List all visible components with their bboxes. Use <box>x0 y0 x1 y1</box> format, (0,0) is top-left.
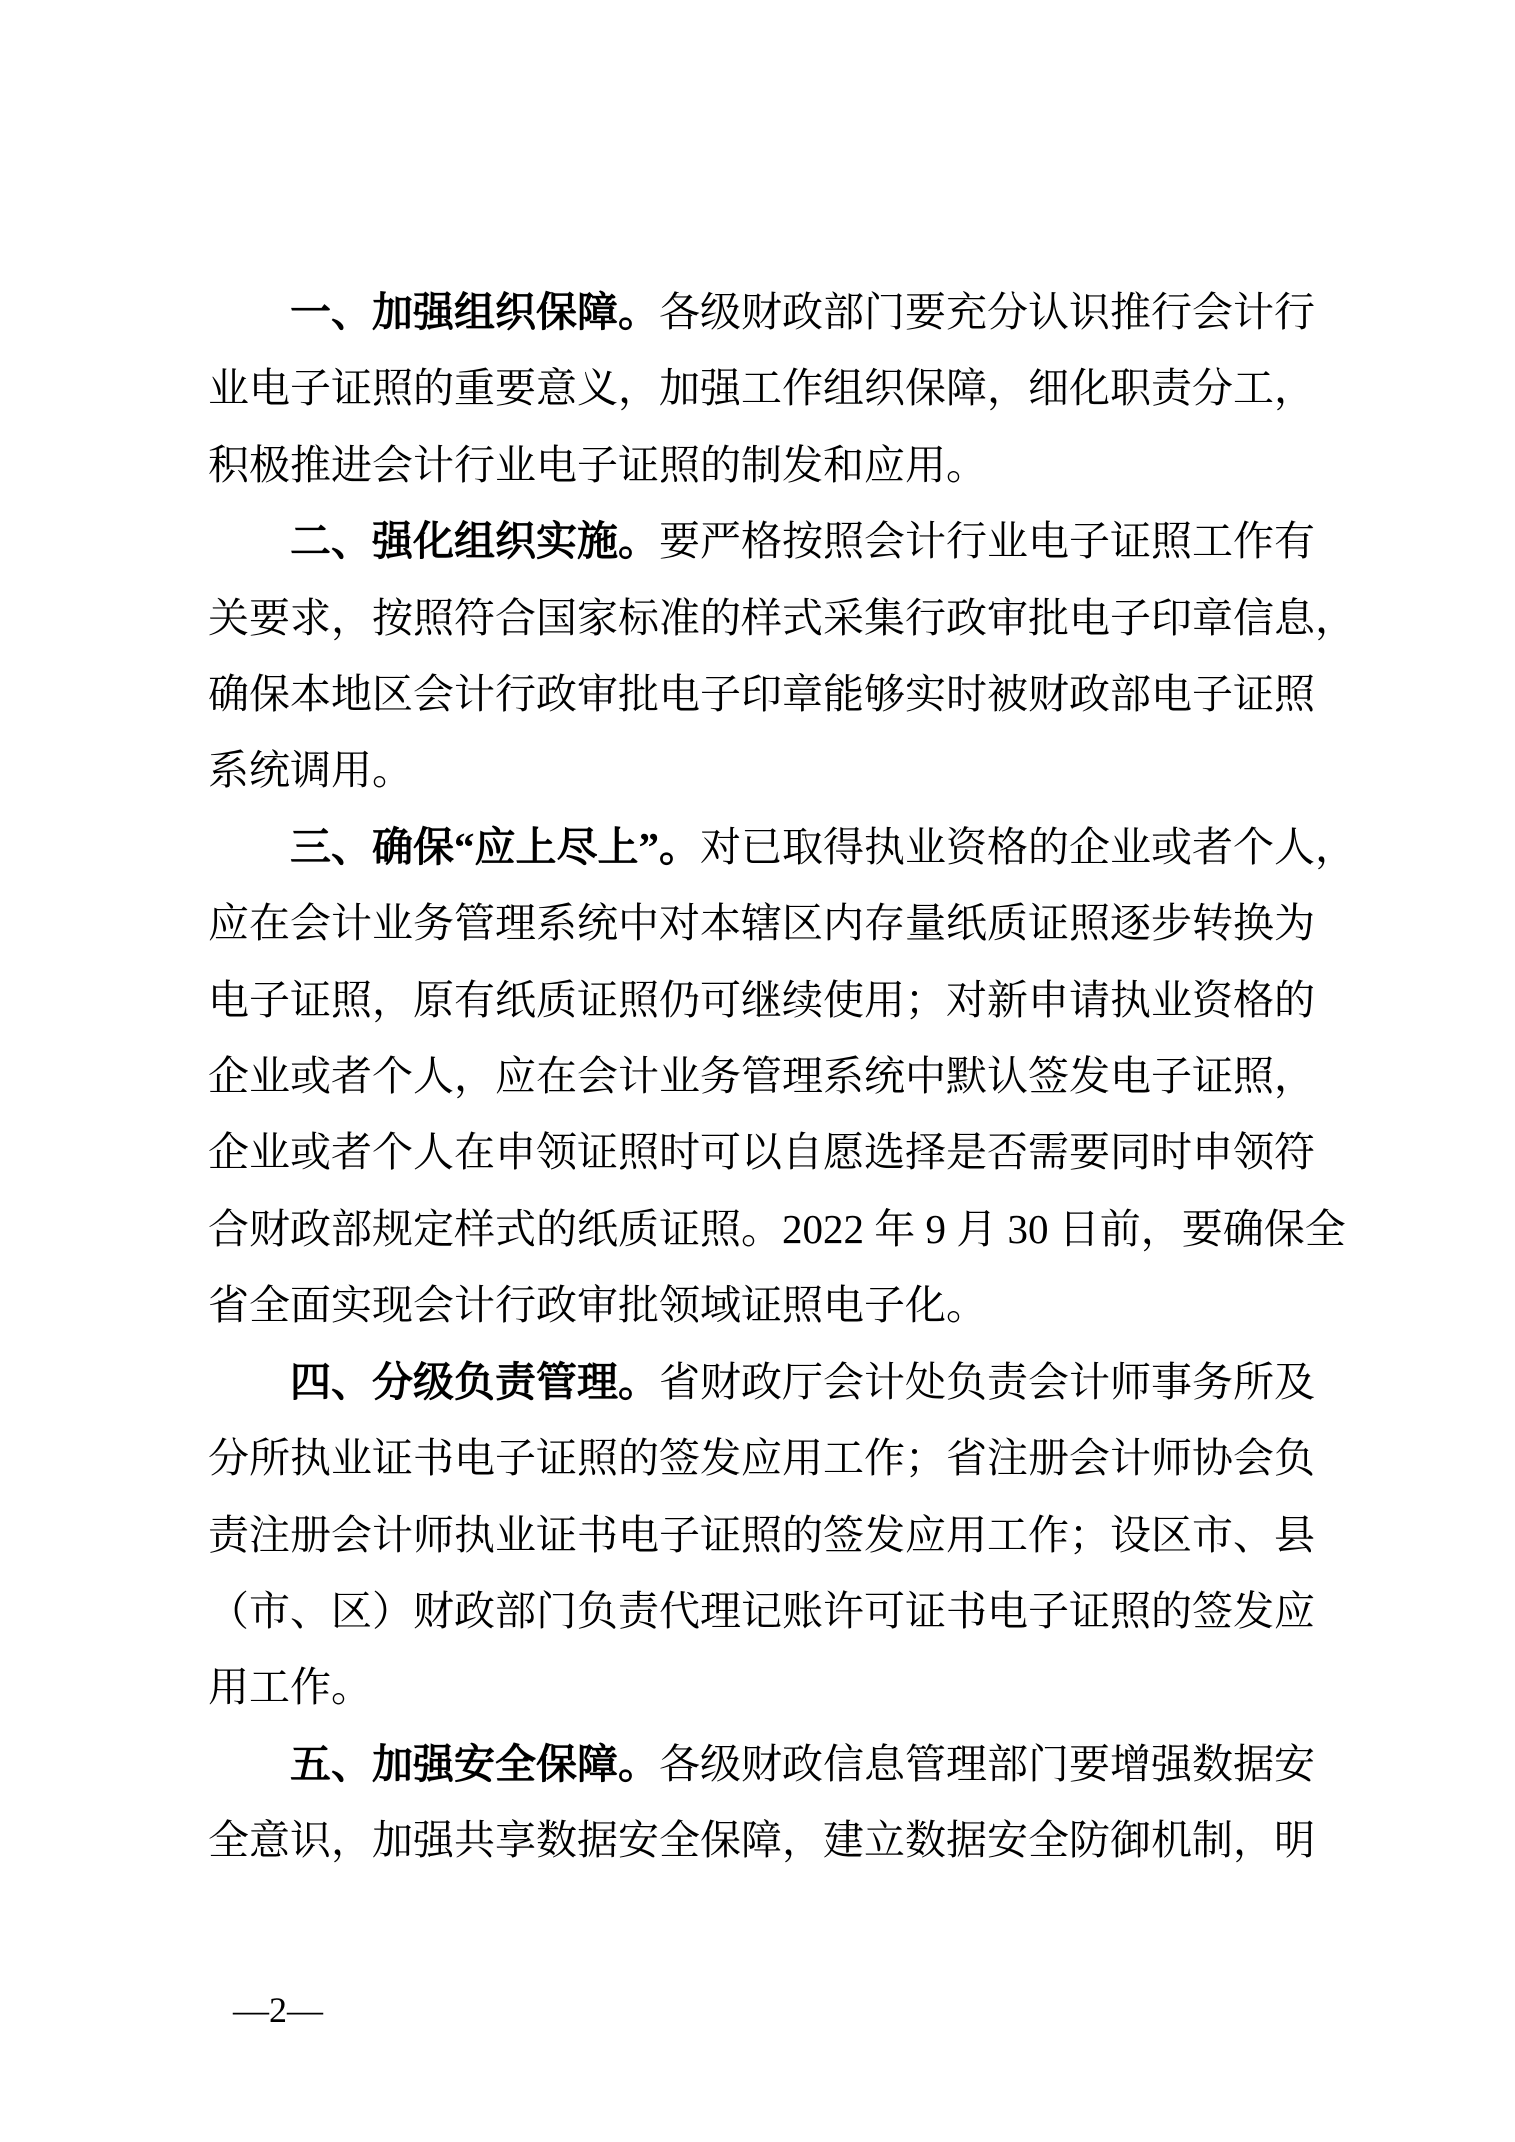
line-text: 要严格按照会计行业电子证照工作有 <box>659 518 1315 564</box>
text-line: 二、强化组织实施。要严格按照会计行业电子证照工作有 <box>208 503 1313 579</box>
line-text: 企业或者个人，应在会计业务管理系统中默认签发电子证照， <box>208 1053 1315 1099</box>
text-line: 三、确保“应上尽上”。对已取得执业资格的企业或者个人， <box>208 809 1313 885</box>
line-text: 分所执业证书电子证照的签发应用工作；省注册会计师协会负 <box>208 1435 1315 1481</box>
text-line: （市、区）财政部门负责代理记账许可证书电子证照的签发应 <box>208 1573 1313 1649</box>
paragraph-heading: 一、加强组织保障。 <box>290 289 659 335</box>
line-text: 关要求，按照符合国家标准的样式采集行政审批电子印章信息， <box>208 595 1356 641</box>
line-text: （市、区）财政部门负责代理记账许可证书电子证照的签发应 <box>208 1588 1315 1634</box>
line-text: 全意识，加强共享数据安全保障，建立数据安全防御机制，明 <box>208 1817 1315 1863</box>
text-line: 应在会计业务管理系统中对本辖区内存量纸质证照逐步转换为 <box>208 885 1313 961</box>
line-text: 确保本地区会计行政审批电子印章能够实时被财政部电子证照 <box>208 671 1315 717</box>
text-line: 系统调用。 <box>208 732 1313 808</box>
text-line: 电子证照，原有纸质证照仍可继续使用；对新申请执业资格的 <box>208 962 1313 1038</box>
line-text: 责注册会计师执业证书电子证照的签发应用工作；设区市、县 <box>208 1512 1315 1558</box>
page-number: —2— <box>233 1988 323 2032</box>
text-line: 合财政部规定样式的纸质证照。2022 年 9 月 30 日前，要确保全 <box>208 1191 1313 1267</box>
text-line: 确保本地区会计行政审批电子印章能够实时被财政部电子证照 <box>208 656 1313 732</box>
line-text: 电子证照，原有纸质证照仍可继续使用；对新申请执业资格的 <box>208 977 1315 1023</box>
paragraph-heading: 三、确保“应上尽上”。 <box>290 824 700 870</box>
paragraph-heading: 四、分级负责管理。 <box>290 1359 659 1405</box>
text-line: 全意识，加强共享数据安全保障，建立数据安全防御机制，明 <box>208 1802 1313 1878</box>
line-text: 系统调用。 <box>208 747 413 793</box>
line-text: 各级财政信息管理部门要增强数据安 <box>659 1741 1315 1787</box>
line-text: 应在会计业务管理系统中对本辖区内存量纸质证照逐步转换为 <box>208 900 1315 946</box>
text-line: 五、加强安全保障。各级财政信息管理部门要增强数据安 <box>208 1726 1313 1802</box>
text-line: 四、分级负责管理。省财政厅会计处负责会计师事务所及 <box>208 1344 1313 1420</box>
text-line: 企业或者个人在申领证照时可以自愿选择是否需要同时申领符 <box>208 1114 1313 1190</box>
page: 一、加强组织保障。各级财政部门要充分认识推行会计行业电子证照的重要意义，加强工作… <box>0 0 1515 2142</box>
line-text: 省财政厅会计处负责会计师事务所及 <box>659 1359 1315 1405</box>
document-body: 一、加强组织保障。各级财政部门要充分认识推行会计行业电子证照的重要意义，加强工作… <box>208 274 1313 1879</box>
paragraph-heading: 二、强化组织实施。 <box>290 518 659 564</box>
line-text: 积极推进会计行业电子证照的制发和应用。 <box>208 442 987 488</box>
line-text: 对已取得执业资格的企业或者个人， <box>700 824 1356 870</box>
line-text: 企业或者个人在申领证照时可以自愿选择是否需要同时申领符 <box>208 1129 1315 1175</box>
line-text: 业电子证照的重要意义，加强工作组织保障，细化职责分工， <box>208 365 1315 411</box>
line-text: 各级财政部门要充分认识推行会计行 <box>659 289 1315 335</box>
text-line: 企业或者个人，应在会计业务管理系统中默认签发电子证照， <box>208 1038 1313 1114</box>
text-line: 用工作。 <box>208 1649 1313 1725</box>
text-line: 积极推进会计行业电子证照的制发和应用。 <box>208 427 1313 503</box>
line-text: 用工作。 <box>208 1664 372 1710</box>
text-line: 责注册会计师执业证书电子证照的签发应用工作；设区市、县 <box>208 1497 1313 1573</box>
text-line: 省全面实现会计行政审批领域证照电子化。 <box>208 1267 1313 1343</box>
text-line: 分所执业证书电子证照的签发应用工作；省注册会计师协会负 <box>208 1420 1313 1496</box>
text-line: 一、加强组织保障。各级财政部门要充分认识推行会计行 <box>208 274 1313 350</box>
line-text: 合财政部规定样式的纸质证照。2022 年 9 月 30 日前，要确保全 <box>208 1206 1346 1252</box>
text-line: 业电子证照的重要意义，加强工作组织保障，细化职责分工， <box>208 350 1313 426</box>
paragraph-heading: 五、加强安全保障。 <box>290 1741 659 1787</box>
document-page: { "page": { "number_label": "—2—" }, "co… <box>0 0 1515 2142</box>
text-line: 关要求，按照符合国家标准的样式采集行政审批电子印章信息， <box>208 580 1313 656</box>
line-text: 省全面实现会计行政审批领域证照电子化。 <box>208 1282 987 1328</box>
